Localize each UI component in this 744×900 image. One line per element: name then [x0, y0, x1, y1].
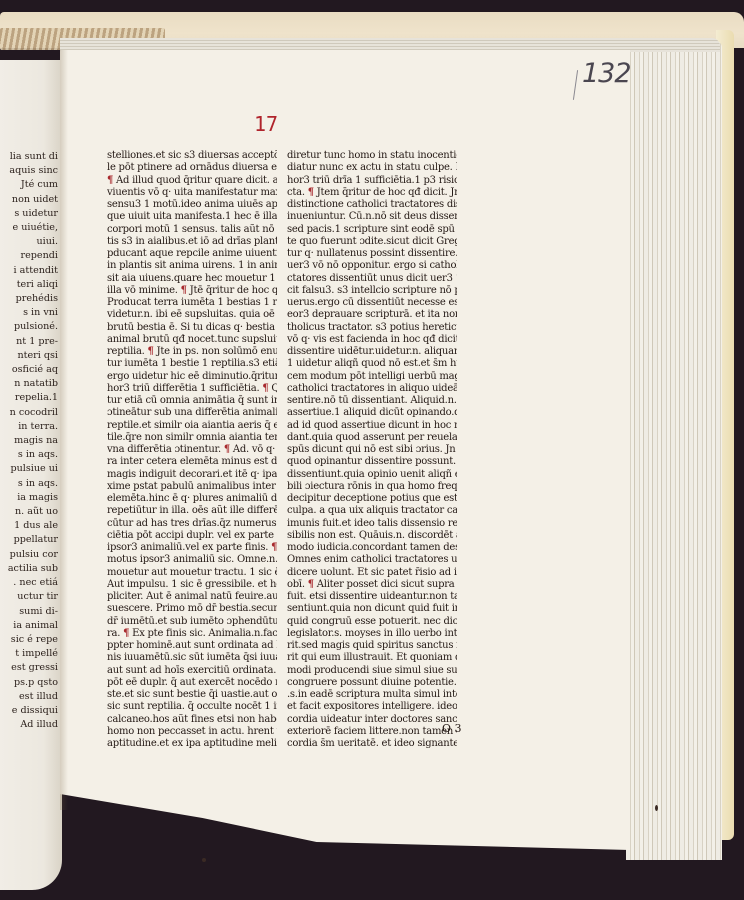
- rubric-paragraph-mark: ¶: [224, 444, 230, 455]
- text-line: dissentiunt.quia opinio uenit aliqñ ex p…: [287, 469, 457, 481]
- text-line: aquis sinc: [0, 164, 58, 178]
- text-line: ɔtineātur sub una differētia animalis qu…: [107, 407, 277, 419]
- text-column-b: diretur tunc homo in statu inocentie q̄ …: [287, 150, 457, 750]
- text-line: magis na: [0, 434, 58, 448]
- text-line: quod opinantur dissentire possunt. et al…: [287, 456, 457, 468]
- text-line: modo iudicia.concordant tamen desideria.: [287, 542, 457, 554]
- text-line: i attendit: [0, 264, 58, 278]
- text-line: spūs dicunt qui nō est sibi ɔrius. Jn eo…: [287, 444, 457, 456]
- text-line: ps.p qsto: [0, 676, 58, 690]
- text-line: modi producendi siue simul siue successi…: [287, 665, 457, 677]
- text-line: Ad illud: [0, 718, 58, 730]
- rubric-paragraph-mark: ¶: [271, 542, 277, 553]
- text-line: Omnes enim catholici tractatores ueritat…: [287, 554, 457, 566]
- text-line: tholicus tractator. s3 potius hereticus.…: [287, 322, 457, 334]
- text-line: inueniuntur. Cū.n.nō sit deus dissension…: [287, 211, 457, 223]
- text-line: vna differētia ɔtinentur. ¶ Ad. vō q· q·…: [107, 444, 277, 456]
- text-line: sic sunt reptilia. q̄ occulte nocēt 1 in…: [107, 701, 277, 713]
- text-line: 1 uidetur aliqñ quod nō est.et s̄m hūc d…: [287, 358, 457, 370]
- text-line: in plantis sit anima uirens. 1 in animal…: [107, 260, 277, 272]
- text-line: calcaneo.hos aũt fines etsi non haberēt …: [107, 714, 277, 726]
- text-line: homo non peccasset in actu. hrent tamē i…: [107, 726, 277, 738]
- text-line: pōt eē dupl̄r. q̄ aut exercēt nocēdo man…: [107, 677, 277, 689]
- text-line: nt 1 pre-: [0, 335, 58, 349]
- rubric-paragraph-mark: ¶: [181, 285, 187, 296]
- text-line: imunis fuit.et ideo talis dissensio repr…: [287, 518, 457, 530]
- text-line: ia animal: [0, 619, 58, 633]
- text-line: 1 dus ale: [0, 519, 58, 533]
- text-line: t impellé: [0, 647, 58, 661]
- text-line: Aut impulsu. 1 sic ē gressibile. et hoc …: [107, 579, 277, 591]
- text-line: cta. ¶ Jtem q̄ritur de hoc qđ dicit. Jn …: [287, 187, 457, 199]
- text-line: congruere possunt diuine potentie. 1 spū…: [287, 677, 457, 689]
- text-line: cūtur ad has tres drīas.q̄z numerus 1 su…: [107, 518, 277, 530]
- text-line: sed pacis.1 scripture sint eodē spū expo…: [287, 224, 457, 236]
- ink-spot: [202, 858, 206, 862]
- text-line: sibilis non est. Quāuis.n. discordēt ali…: [287, 530, 457, 542]
- text-line: eor3 deprauare scripturā. et ita non eri…: [287, 309, 457, 321]
- text-line: stelliones.et sic s3 diuersas acceptões …: [107, 150, 277, 162]
- text-line: s in aqs.: [0, 477, 58, 491]
- text-line: repetiūtur in illa. oēs aũt ille differē…: [107, 505, 277, 517]
- text-line: ppter hominē.aut sunt ordinata ad homi-: [107, 640, 277, 652]
- text-line: rit.sed magis quid spiritus sanctus inte…: [287, 640, 457, 652]
- text-line: actilia sub: [0, 562, 58, 576]
- text-line: corpori motū 1 sensus. talis aũt nō ē in…: [107, 224, 277, 236]
- text-line: diretur tunc homo in statu inocentie q̄ …: [287, 150, 457, 162]
- text-line: aptitudine.et ex ipa aptitudine melius e…: [107, 738, 277, 750]
- text-line: ste.et sic sunt bestie q̄i uastie.aut oc…: [107, 689, 277, 701]
- text-line: ergo uidetur hic eē diminutio.q̄ritur er…: [107, 371, 277, 383]
- text-line: dant.quia quod asserunt per reuelationē …: [287, 432, 457, 444]
- text-line: ciētia pōt accipi dupl̄r. vel ex parte m…: [107, 530, 277, 542]
- text-line: rit qui eum illustrauit. Et quoniam diue…: [287, 652, 457, 664]
- text-line: rependi: [0, 249, 58, 263]
- text-line: nis iuuamētū.sic sūt iumēta q̄si iuuamen…: [107, 652, 277, 664]
- text-line: Jté cum: [0, 178, 58, 192]
- text-line: n. aũt uo: [0, 505, 58, 519]
- text-line: uer3 vō nō opponitur. ergo si catholici …: [287, 260, 457, 272]
- text-line: dicere uolunt. Et sic patet r̄isio ad il…: [287, 567, 457, 579]
- text-line: osficié aq: [0, 363, 58, 377]
- text-line: teri aliqi: [0, 278, 58, 292]
- text-line: sic é repe: [0, 633, 58, 647]
- text-line: ad id quod assertiue dicunt in hoc nō di…: [287, 420, 457, 432]
- text-line: e dissiqui: [0, 704, 58, 718]
- text-line: dissentire uidēt̄ur.uidetur.n. aliquando…: [287, 346, 457, 358]
- text-line: reptilia. ¶ Jte in ps. non solūmō enumer…: [107, 346, 277, 358]
- text-line: tur etiā cū omnia animātia q̄ sunt in ma…: [107, 395, 277, 407]
- text-line: pducant aque repcile anime uiuentis. qua…: [107, 248, 277, 260]
- text-line: assertiue.1 aliquid dicūt opinando.quant…: [287, 407, 457, 419]
- text-line: n natatib: [0, 377, 58, 391]
- text-line: illa vō minime. ¶ Jtē q̄ritur de hoc q· …: [107, 285, 277, 297]
- text-line: obī. ¶ Aliter posset dici sicut supra ta…: [287, 579, 457, 591]
- signature-mark: O 3: [442, 722, 462, 735]
- page-block-top-edge: [60, 38, 720, 52]
- text-line: animal brutū qđ nocet.tunc supsluit dice…: [107, 334, 277, 346]
- text-line: e uiuétie,: [0, 221, 58, 235]
- text-line: reptile.et simil̄r oia aiantia aeris q̄ …: [107, 420, 277, 432]
- text-line: culpa. a qua uix aliquis tractator catho…: [287, 505, 457, 517]
- text-line: cem modum pōt intelligi uerbū magri.1 si: [287, 371, 457, 383]
- ink-spot: [655, 805, 658, 811]
- text-line: motus ipsor3 animaliū sic. Omne.n.aial q…: [107, 554, 277, 566]
- text-line: cordia s̄m ueritatē. et ideo signanter d…: [287, 738, 457, 750]
- text-line: s in aqs.: [0, 448, 58, 462]
- rubric-paragraph-mark: ¶: [308, 187, 314, 198]
- text-line: ra inter cetera elemēta minus est decora…: [107, 456, 277, 468]
- folio-number: 132: [582, 58, 631, 89]
- text-line: non uidet: [0, 193, 58, 207]
- text-line: quid congruū esse potuerit. nec dicunt q…: [287, 616, 457, 628]
- text-line: nteri qsi: [0, 349, 58, 363]
- text-line: uerus.ergo cū dissentiūt necesse est alt…: [287, 297, 457, 309]
- running-head: 17: [254, 112, 278, 136]
- text-line: xime pstat pabulū animalibus inter ceter…: [107, 481, 277, 493]
- text-line: distinctione catholici tractatores disse…: [287, 199, 457, 211]
- rubric-paragraph-mark: ¶: [148, 346, 154, 357]
- text-line: sentire.nō tū dissentiant. Aliquid.n.dic…: [287, 395, 457, 407]
- page-block-fore-edge: [626, 40, 722, 860]
- text-line: pulsiue ui: [0, 462, 58, 476]
- text-line: tile.q̄re non simil̄r omnia aiantia terr…: [107, 432, 277, 444]
- rubric-paragraph-mark: ¶: [262, 383, 268, 394]
- text-line: sensu3 1 motū.ideo anima uiuēs appellatu…: [107, 199, 277, 211]
- left-page-text: lia sunt diaquis sincJté cumnon uidets u…: [0, 150, 58, 730]
- text-line: n cocodril: [0, 406, 58, 420]
- text-line: pliciter. Aut ē animal natū feuire.aut m…: [107, 591, 277, 603]
- text-line: repelia.1: [0, 391, 58, 405]
- text-line: .s.in eadē scriptura multa simul intelli…: [287, 689, 457, 701]
- text-line: est gressi: [0, 661, 58, 675]
- rubric-paragraph-mark: ¶: [123, 628, 129, 639]
- text-column-a: stelliones.et sic s3 diuersas acceptões …: [107, 150, 277, 750]
- gutter-shadow: [60, 50, 68, 810]
- text-line: brutū bestia ē. Si tu dicas q· bestia uo…: [107, 322, 277, 334]
- text-line: cordia uideatur inter doctores sanctos s…: [287, 714, 457, 726]
- text-line: catholici tractatores in aliquo uideātur…: [287, 383, 457, 395]
- text-line: est illud: [0, 690, 58, 704]
- text-line: diatur nunc ex actu in statu culpe. Et s…: [287, 162, 457, 174]
- text-line: exteriorē faciem littere.non tamen est d…: [287, 726, 457, 738]
- text-line: s uidetur: [0, 207, 58, 221]
- text-line: videtur.n. ibi eē supsluitas. quia oē an…: [107, 309, 277, 321]
- text-line: te quo fuerunt ɔdite.sicut dicit Greg.ui…: [287, 236, 457, 248]
- text-line: et facit expositores intelligere. ideo 1…: [287, 701, 457, 713]
- text-line: tur iumēta 1 bestie 1 reptilia.s3 etiā p…: [107, 358, 277, 370]
- text-line: que uiuit uita manifesta.1 hec ē illa qu…: [107, 211, 277, 223]
- text-line: s in vni: [0, 306, 58, 320]
- text-line: decipitur deceptione potius que est pena…: [287, 493, 457, 505]
- text-line: viuentis vō q· uita manifestatur maxime …: [107, 187, 277, 199]
- text-line: elemēta.hinc ē q· plures animaliū differ…: [107, 493, 277, 505]
- text-line: legislator.s. moyses in illo uerbo intel…: [287, 628, 457, 640]
- text-line: ia magis: [0, 491, 58, 505]
- text-line: tur q· nullatenus possint dissentire. ¶ …: [287, 248, 457, 260]
- text-line: sumi di-: [0, 605, 58, 619]
- text-line: sit aia uiuens.quare hec mouetur 1 senti…: [107, 273, 277, 285]
- text-line: ppellatur: [0, 533, 58, 547]
- text-line: bili ɔiectura rōnis in qua homo frequent…: [287, 481, 457, 493]
- text-line: ipsor3 animaliū.vel ex parte finis. ¶ Ex…: [107, 542, 277, 554]
- rubric-paragraph-mark: ¶: [107, 175, 113, 186]
- text-line: . nec etiá: [0, 576, 58, 590]
- text-line: Producat terra iumēta 1 bestias 1 reptil…: [107, 297, 277, 309]
- text-line: tis s3 in aialibus.et iō ad drīas planta…: [107, 236, 277, 248]
- text-line: pulsiu cor: [0, 548, 58, 562]
- text-line: le pōt ptinere ad ornādus diuersa elemēt…: [107, 162, 277, 174]
- text-line: prehédis: [0, 292, 58, 306]
- text-line: ¶ Ad illud quod q̄ritur quare dicit. ani…: [107, 175, 277, 187]
- text-line: lia sunt di: [0, 150, 58, 164]
- text-line: cit falsu3. s3 intellcio scripture nō pō…: [287, 285, 457, 297]
- text-line: dr̄ iumētū.et sub iumēto ɔphendūtur peco: [107, 616, 277, 628]
- text-line: hor3 triū differētia 1 sufficiētia. ¶ Qu…: [107, 383, 277, 395]
- text-line: in terra.: [0, 420, 58, 434]
- text-line: uiui.: [0, 235, 58, 249]
- text-line: ra. ¶ Ex pte finis sic. Animalia.n.facta…: [107, 628, 277, 640]
- text-line: magis indiguit decorari.et itē q· ipa ma…: [107, 469, 277, 481]
- text-line: vō q· vis est facienda in hoc qđ dicit m…: [287, 334, 457, 346]
- rubric-paragraph-mark: ¶: [308, 579, 314, 590]
- text-line: aut sunt ad hoīs exercitiū ordinata. et …: [107, 665, 277, 677]
- text-line: ctatores dissentiūt unus dicit uer3 1 al…: [287, 273, 457, 285]
- text-line: pulsioné.: [0, 320, 58, 334]
- text-line: suescere. Primo mō dr̄ bestia.secundo mō: [107, 603, 277, 615]
- text-line: hor3 triū drīa 1 sufficiētia.1 p3 risio …: [287, 175, 457, 187]
- text-line: uctur tir: [0, 590, 58, 604]
- text-line: mouetur aut mouetur tractu. 1 sic ē rept…: [107, 567, 277, 579]
- text-line: fuit. etsi dissentire uideantur.non tame…: [287, 591, 457, 603]
- text-line: sentiunt.quia non dicunt quid fuit in re…: [287, 603, 457, 615]
